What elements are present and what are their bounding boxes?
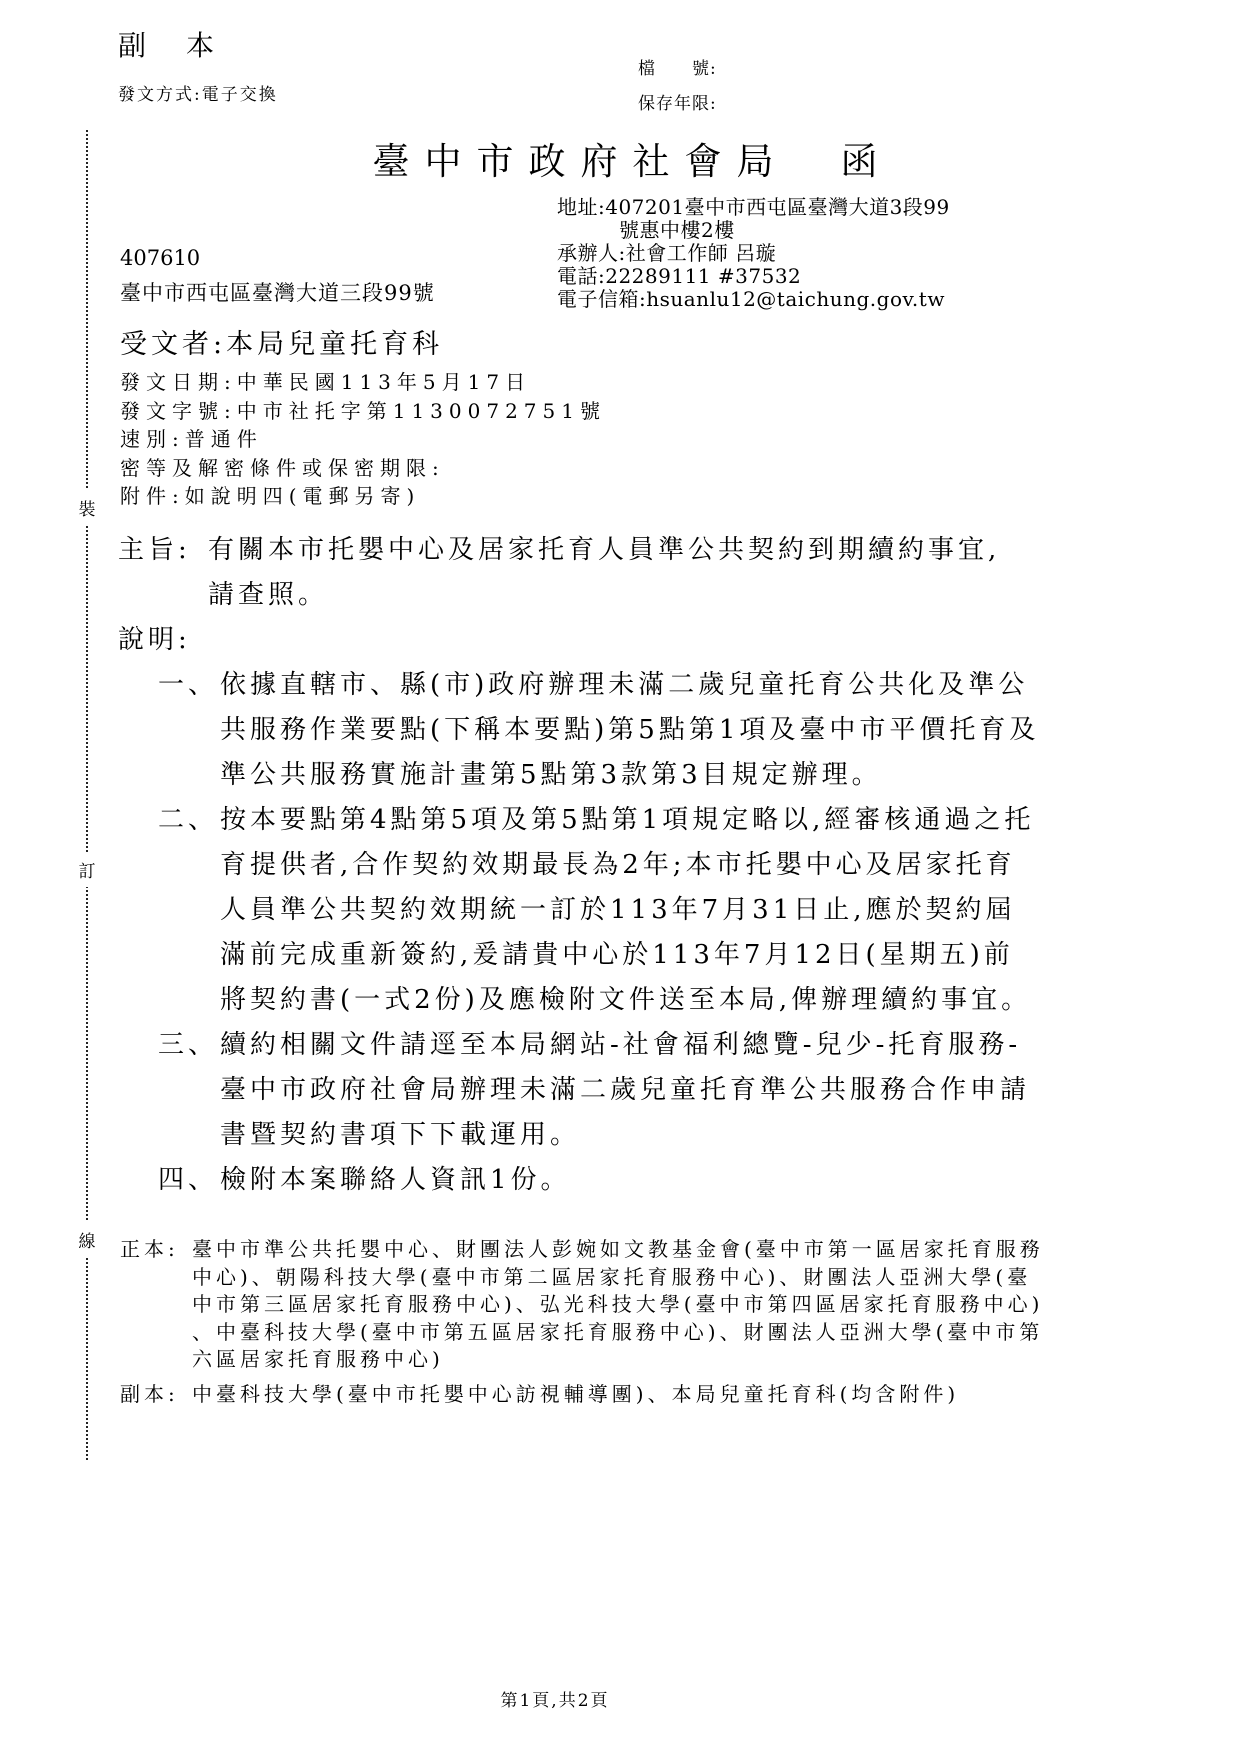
copy-label: 副本: [120, 1381, 179, 1409]
binding-mark-xian: 線 [74, 1222, 100, 1257]
sender-address-line1: 地址:407201臺中市西屯區臺灣大道3段99 [557, 196, 950, 219]
document-meta: 發文日期:中華民國113年5月17日 發文字號:中市社托字第1130072751… [120, 368, 606, 511]
item-number: 一、 [158, 663, 218, 708]
binding-dotted-line [86, 130, 88, 1460]
attachment-note: 附件:如說明四(電郵另寄) [120, 482, 606, 511]
item-text: 按本要點第4點第5項及第5點第1項規定略以,經審核通過之托育提供者,合作契約效期… [220, 805, 1034, 1015]
explanation-label: 說明: [118, 618, 1053, 663]
retention-label: 保存年限: [638, 87, 717, 122]
sender-phone: 電話:22289111 #37532 [557, 265, 950, 288]
file-number-block: 檔 號: 保存年限: [638, 52, 717, 122]
item-text: 續約相關文件請逕至本局網站-社會福利總覽-兒少-托育服務-臺中市政府社會局辦理未… [220, 1030, 1030, 1150]
copy-recipients: 中臺科技大學(臺中市托嬰中心訪視輔導團)、本局兒童托育科(均含附件) [192, 1382, 959, 1406]
explanation-item: 四、 檢附本案聯絡人資訊1份。 [158, 1158, 1040, 1203]
file-number-label: 檔 號: [638, 52, 717, 87]
sender-info: 地址:407201臺中市西屯區臺灣大道3段99 號惠中樓2樓 承辦人:社會工作師… [557, 196, 950, 311]
copy-recipients-row: 副本: 中臺科技大學(臺中市托嬰中心訪視輔導團)、本局兒童托育科(均含附件) [120, 1381, 1045, 1409]
document-body: 主旨: 有關本市托嬰中心及居家托育人員準公共契約到期續約事宜,請查照。 說明: … [118, 528, 1053, 1203]
document-title: 臺中市政府社會局 函 [0, 131, 1240, 185]
item-number: 二、 [158, 798, 218, 843]
doc-number: 發文字號:中市社托字第1130072751號 [120, 397, 606, 426]
priority: 速別:普通件 [120, 425, 606, 454]
delivery-method: 發文方式:電子交換 [118, 80, 278, 105]
original-recipients-row: 正本: 臺中市準公共托嬰中心、財團法人彭婉如文教基金會(臺中市第一區居家托育服務… [120, 1236, 1045, 1374]
sender-contact-person: 承辦人:社會工作師 呂璇 [557, 242, 950, 265]
security-classification: 密等及解密條件或保密期限: [120, 454, 606, 483]
item-number: 三、 [158, 1023, 218, 1068]
binding-mark-ding: 訂 [74, 852, 100, 887]
recipient-name: 受文者:本局兒童托育科 [120, 322, 443, 361]
subject-section: 主旨: 有關本市托嬰中心及居家托育人員準公共契約到期續約事宜,請查照。 [118, 528, 1003, 618]
official-letter-page: 裝 訂 線 副 本 發文方式:電子交換 檔 號: 保存年限: 臺中市政府社會局 … [0, 0, 1240, 1755]
issue-date: 發文日期:中華民國113年5月17日 [120, 368, 606, 397]
binding-mark-zhuang: 裝 [74, 490, 100, 525]
original-recipients: 臺中市準公共托嬰中心、財團法人彭婉如文教基金會(臺中市第一區居家托育服務中心)、… [192, 1237, 1044, 1371]
distribution-section: 正本: 臺中市準公共托嬰中心、財團法人彭婉如文教基金會(臺中市第一區居家托育服務… [120, 1236, 1045, 1408]
explanation-item: 三、 續約相關文件請逕至本局網站-社會福利總覽-兒少-托育服務-臺中市政府社會局… [158, 1023, 1040, 1158]
explanation-item: 二、 按本要點第4點第5項及第5點第1項規定略以,經審核通過之托育提供者,合作契… [158, 798, 1040, 1023]
subject-label: 主旨: [118, 528, 191, 573]
item-number: 四、 [158, 1158, 218, 1203]
original-label: 正本: [120, 1236, 179, 1264]
sender-address-line2: 號惠中樓2樓 [557, 219, 950, 242]
sender-email: 電子信箱:hsuanlu12@taichung.gov.tw [557, 288, 950, 311]
recipient-postal-code: 407610 [120, 246, 200, 270]
subject-text: 有關本市托嬰中心及居家托育人員準公共契約到期續約事宜,請查照。 [208, 535, 1000, 610]
explanation-item: 一、 依據直轄市、縣(市)政府辦理未滿二歲兒童托育公共化及準公共服務作業要點(下… [158, 663, 1040, 798]
copy-type-label: 副 本 [118, 24, 220, 64]
page-number-footer: 第1頁,共2頁 [0, 1686, 1240, 1711]
recipient-address: 臺中市西屯區臺灣大道三段99號 [120, 277, 435, 307]
item-text: 依據直轄市、縣(市)政府辦理未滿二歲兒童托育公共化及準公共服務作業要點(下稱本要… [220, 670, 1039, 790]
item-text: 檢附本案聯絡人資訊1份。 [220, 1165, 571, 1195]
